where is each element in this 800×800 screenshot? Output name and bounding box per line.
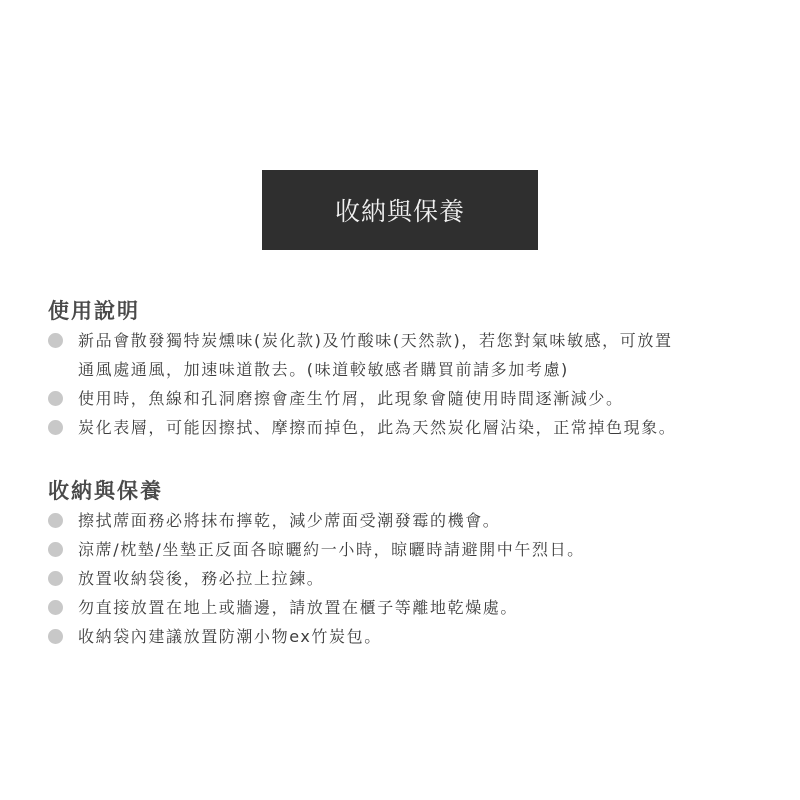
bullet-icon xyxy=(48,542,63,557)
bullet-icon xyxy=(48,571,63,586)
storage-title: 收納與保養 xyxy=(48,476,768,506)
item-line: 通風處通風，加速味道散去。(味道較敏感者購買前請多加考慮) xyxy=(78,360,569,379)
bullet-icon xyxy=(48,513,63,528)
item-text: 勿直接放置在地上或牆邊，請放置在櫃子等離地乾燥處。 xyxy=(78,598,518,617)
list-item: 收納袋內建議放置防潮小物ex竹炭包。 xyxy=(48,622,768,651)
list-item: 新品會散發獨特炭燻味(炭化款)及竹酸味(天然款)，若您對氣味敏感，可放置 通風處… xyxy=(48,326,768,384)
banner-title-text: 收納與保養 xyxy=(335,192,465,228)
usage-section: 使用說明 新品會散發獨特炭燻味(炭化款)及竹酸味(天然款)，若您對氣味敏感，可放… xyxy=(48,296,768,442)
usage-list: 新品會散發獨特炭燻味(炭化款)及竹酸味(天然款)，若您對氣味敏感，可放置 通風處… xyxy=(48,326,768,442)
bullet-icon xyxy=(48,600,63,615)
item-line: 新品會散發獨特炭燻味(炭化款)及竹酸味(天然款)，若您對氣味敏感，可放置 xyxy=(78,331,673,350)
bullet-icon xyxy=(48,391,63,406)
storage-section: 收納與保養 擦拭蓆面務必將抹布擰乾，減少蓆面受潮發霉的機會。 涼蓆/枕墊/坐墊正… xyxy=(48,476,768,651)
item-text: 放置收納袋後，務必拉上拉鍊。 xyxy=(78,569,324,588)
bullet-icon xyxy=(48,629,63,644)
item-text: 擦拭蓆面務必將抹布擰乾，減少蓆面受潮發霉的機會。 xyxy=(78,511,500,530)
list-item: 擦拭蓆面務必將抹布擰乾，減少蓆面受潮發霉的機會。 xyxy=(48,506,768,535)
list-item: 放置收納袋後，務必拉上拉鍊。 xyxy=(48,564,768,593)
bullet-icon xyxy=(48,420,63,435)
item-text: 涼蓆/枕墊/坐墊正反面各晾曬約一小時，晾曬時請避開中午烈日。 xyxy=(78,540,585,559)
item-line: 使用時，魚線和孔洞磨擦會產生竹屑，此現象會隨使用時間逐漸減少。 xyxy=(78,389,624,408)
list-item: 涼蓆/枕墊/坐墊正反面各晾曬約一小時，晾曬時請避開中午烈日。 xyxy=(48,535,768,564)
list-item: 使用時，魚線和孔洞磨擦會產生竹屑，此現象會隨使用時間逐漸減少。 xyxy=(48,384,768,413)
item-line: 炭化表層，可能因擦拭、摩擦而掉色，此為天然炭化層沾染，正常掉色現象。 xyxy=(78,418,676,437)
list-item: 勿直接放置在地上或牆邊，請放置在櫃子等離地乾燥處。 xyxy=(48,593,768,622)
bullet-icon xyxy=(48,333,63,348)
item-text: 收納袋內建議放置防潮小物ex竹炭包。 xyxy=(78,627,382,646)
list-item: 炭化表層，可能因擦拭、摩擦而掉色，此為天然炭化層沾染，正常掉色現象。 xyxy=(48,413,768,442)
storage-list: 擦拭蓆面務必將抹布擰乾，減少蓆面受潮發霉的機會。 涼蓆/枕墊/坐墊正反面各晾曬約… xyxy=(48,506,768,651)
banner-title: 收納與保養 xyxy=(262,170,538,250)
usage-title: 使用說明 xyxy=(48,296,768,326)
